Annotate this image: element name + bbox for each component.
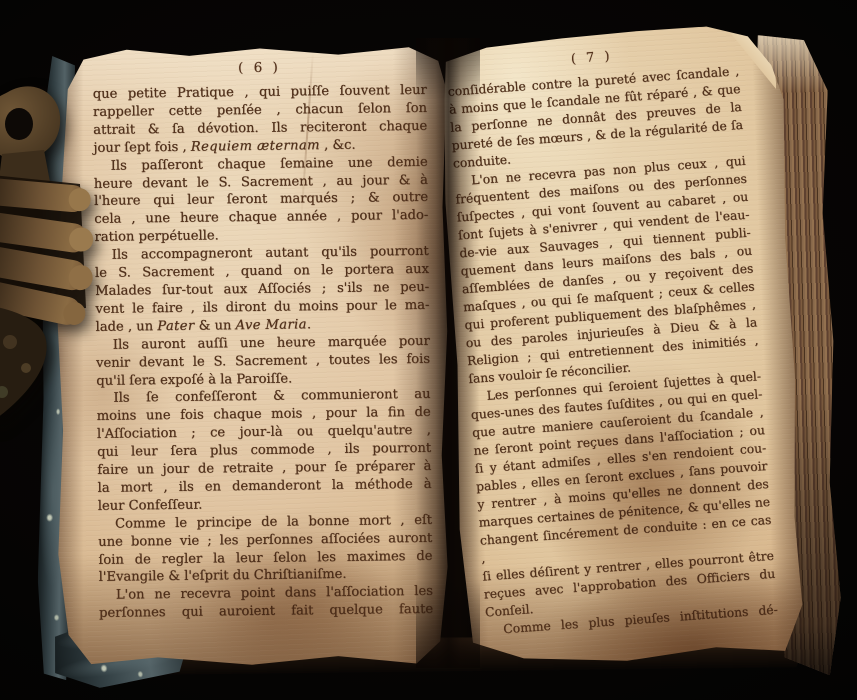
- text-line: perſonnes qui auroient fait quelque faut…: [99, 601, 433, 623]
- right-page: ( 7 ) conſidérable contre la pureté avec…: [438, 24, 806, 669]
- page-text: conſidérable contre la pureté avec ſcand…: [447, 62, 778, 639]
- left-page: ( 6 ) que petite Pratique , qui puiſſe ſ…: [56, 46, 448, 666]
- right-page-tilt: ( 7 ) conſidérable contre la pureté avec…: [418, 14, 806, 669]
- page-number-header: ( 6 ): [92, 58, 426, 78]
- bronze-clasp: [0, 82, 110, 442]
- clasp-speckle: [3, 335, 17, 349]
- clasp-speckle: [21, 363, 31, 373]
- clasp-ring-hole: [5, 108, 33, 140]
- left-page-tilt: ( 6 ) que petite Pratique , qui puiſſe ſ…: [52, 44, 452, 669]
- page-text: que petite Pratique , qui puiſſe ſouvent…: [93, 82, 434, 623]
- photo-background: ( 6 ) que petite Pratique , qui puiſſe ſ…: [0, 0, 857, 700]
